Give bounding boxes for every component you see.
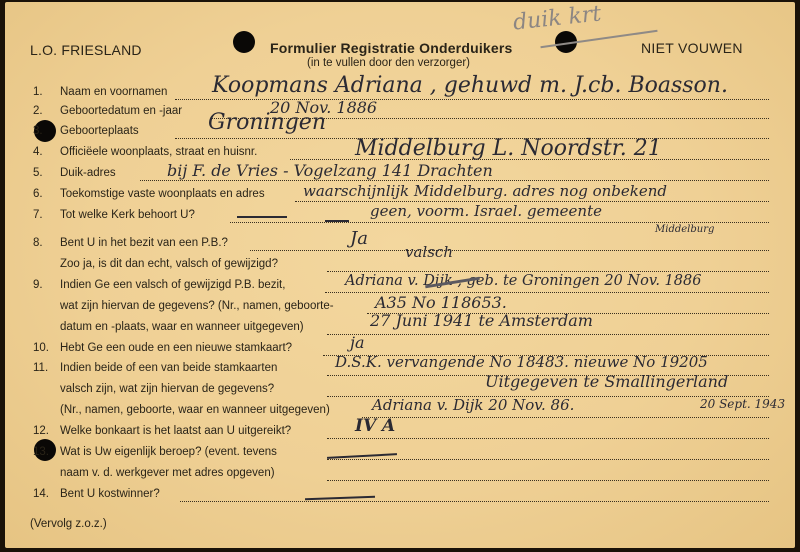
question-label: Geboortedatum en -jaar: [60, 105, 182, 117]
answer-line: [327, 459, 769, 460]
question-row-4: 4. Officiëele woonplaats, straat en huis…: [5, 143, 795, 163]
answer-line: [140, 180, 769, 181]
question-label: Geboorteplaats: [60, 125, 139, 137]
answer-birthplace: Groningen: [208, 110, 326, 135]
question-label: Officiëele woonplaats, straat en huisnr.: [60, 146, 257, 158]
answer-pb-type: valsch: [405, 243, 453, 261]
answer-line: [180, 501, 769, 502]
question-row-14: 14. Bent U kostwinner?: [5, 485, 795, 505]
question-number: 2.: [33, 105, 43, 117]
question-label: Duik-adres: [60, 167, 116, 179]
answer-stamkaart: ja: [350, 333, 365, 352]
question-number: 6.: [33, 188, 43, 200]
question-row-13b: naam v. d. werkgever met adres opgeven): [5, 464, 795, 484]
question-label: naam v. d. werkgever met adres opgeven): [60, 467, 275, 479]
answer-future-address: waarschijnlijk Middelburg. adres nog onb…: [303, 182, 667, 200]
question-number: 4.: [33, 146, 43, 158]
question-label: Wat is Uw eigenlijk beroep? (event. teve…: [60, 446, 277, 458]
answer-false-pb-issued: 27 Juni 1941 te Amsterdam: [370, 311, 593, 330]
registration-form-card: L.O. FRIESLAND Formulier Registratie Ond…: [5, 2, 795, 548]
answer-bonkaart: IV A: [355, 416, 395, 436]
question-number: 5.: [33, 167, 43, 179]
continued-overleaf-note: (Vervolg z.o.z.): [30, 518, 107, 530]
question-label: datum en -plaats, waar en wanneer uitgeg…: [60, 321, 304, 333]
answer-hiding-address: bij F. de Vries - Vogelzang 141 Drachten: [167, 161, 493, 180]
question-number: 9.: [33, 279, 43, 291]
question-label: valsch zijn, wat zijn hiervan de gegeven…: [60, 383, 274, 395]
question-number: 13.: [33, 446, 49, 458]
question-number: 10.: [33, 342, 49, 354]
question-number: 8.: [33, 237, 43, 249]
question-label: Toekomstige vaste woonplaats en adres: [60, 188, 265, 200]
question-row-8: 8. Bent U in het bezit van een P.B.? Ja: [5, 234, 795, 254]
answer-stamkaart-date: 20 Sept. 1943: [700, 397, 785, 411]
question-label: Indien beide of een van beide stamkaarte…: [60, 362, 277, 374]
answer-official-address: Middelburg L. Noordstr. 21: [355, 136, 662, 161]
question-number: 11.: [33, 362, 48, 374]
question-label: Indien Ge een valsch of gewijzigd P.B. b…: [60, 279, 285, 291]
question-row-12: 12. Welke bonkaart is het laatst aan U u…: [5, 422, 795, 442]
do-not-fold-notice: NIET VOUWEN: [641, 40, 743, 56]
question-row-7: 7. Tot welke Kerk behoort U? geen, voorm…: [5, 206, 795, 226]
question-number: 7.: [33, 209, 43, 221]
question-row-5: 5. Duik-adres bij F. de Vries - Vogelzan…: [5, 164, 795, 184]
answer-stamkaart-issued-at: Uitgegeven te Smallingerland: [485, 372, 728, 391]
answer-name: Koopmans Adriana , gehuwd m. J.cb. Boass…: [212, 73, 728, 98]
form-title: Formulier Registratie Onderduikers: [270, 40, 513, 56]
question-label: Welke bonkaart is het laatst aan U uitge…: [60, 425, 291, 437]
answer-pb-possession: Ja: [350, 228, 368, 249]
question-number: 14.: [33, 488, 49, 500]
question-number: 1.: [33, 86, 43, 98]
answer-church: geen, voorm. Israel. gemeente: [370, 202, 602, 220]
answer-line: [327, 271, 769, 272]
question-label: Zoo ja, is dit dan echt, valsch of gewij…: [60, 258, 278, 270]
question-number: 12.: [33, 425, 49, 437]
question-label: Naam en voornamen: [60, 86, 167, 98]
organization-name: L.O. FRIESLAND: [30, 42, 142, 58]
question-row-11c: (Nr., namen, geboorte, waar en wanneer u…: [5, 401, 795, 421]
dash-mark: [327, 453, 397, 458]
question-row-1: 1. Naam en voornamen Koopmans Adriana , …: [5, 83, 795, 103]
punch-hole: [233, 31, 255, 53]
question-row-8b: Zoo ja, is dit dan echt, valsch of gewij…: [5, 255, 795, 275]
question-number: 3.: [33, 125, 43, 137]
pencil-annotation: duik krt: [512, 1, 602, 35]
answer-stamkaart-name: Adriana v. Dijk 20 Nov. 86.: [372, 396, 574, 414]
dash-mark: [325, 220, 349, 222]
answer-line: [327, 438, 769, 439]
question-row-13: 13. Wat is Uw eigenlijk beroep? (event. …: [5, 443, 795, 463]
answer-line: [175, 99, 769, 100]
answer-line: [327, 334, 769, 335]
answer-false-pb-name: Adriana v. Dijk , geb. te Groningen 20 N…: [345, 273, 701, 289]
form-subtitle: (in te vullen door den verzorger): [307, 57, 470, 69]
dash-mark: [237, 216, 287, 218]
question-label: (Nr., namen, geboorte, waar en wanneer u…: [60, 404, 330, 416]
question-label: wat zijn hiervan de gegevens? (Nr., name…: [60, 300, 334, 312]
question-row-2: 2. Geboortedatum en -jaar 20 Nov. 1886: [5, 102, 795, 122]
answer-line: [362, 417, 769, 418]
question-label: Tot welke Kerk behoort U?: [60, 209, 195, 221]
answer-line: [250, 250, 769, 251]
answer-stamkaart-numbers: D.S.K. vervangende No 18483. nieuwe No 1…: [335, 353, 708, 371]
question-label: Hebt Ge een oude en een nieuwe stamkaart…: [60, 342, 292, 354]
question-label: Bent U in het bezit van een P.B.?: [60, 237, 228, 249]
answer-line: [230, 222, 769, 223]
question-row-9c: datum en -plaats, waar en wanneer uitgeg…: [5, 318, 795, 338]
dash-mark: [305, 496, 375, 500]
question-label: Bent U kostwinner?: [60, 488, 160, 500]
answer-line: [327, 480, 769, 481]
answer-false-pb-number: A35 No 118653.: [375, 293, 507, 312]
